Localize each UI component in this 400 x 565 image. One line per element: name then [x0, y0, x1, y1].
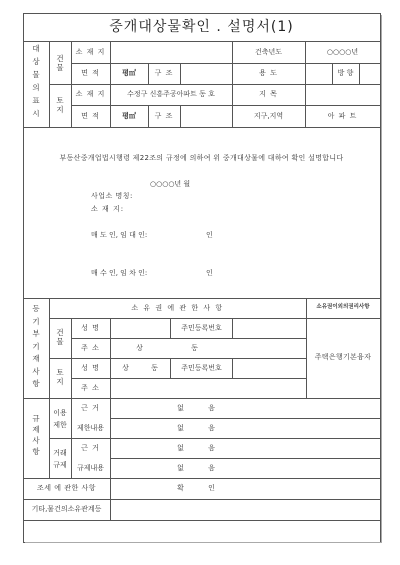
building-owner-name-label: 성 명 — [71, 325, 110, 332]
statement-text: 부동산중개업법시행령 제22조의 규정에 의하여 위 중개대상물에 대하여 확인… — [23, 155, 380, 162]
divider — [71, 105, 380, 106]
label-char: 항 — [23, 446, 49, 457]
label-char: 대 — [23, 44, 49, 53]
other-label: 기타,물건의소유관계등 — [23, 506, 110, 513]
land-area-label: 면 적 — [71, 113, 110, 120]
divider — [110, 418, 380, 419]
building-owner-address-label: 주 소 — [71, 345, 110, 352]
divider — [49, 84, 380, 85]
statement-date[interactable]: ○○○○년 월 — [150, 181, 230, 188]
use-basis-value-1[interactable]: 없 — [175, 405, 187, 412]
divider — [23, 298, 380, 299]
other-rights-value[interactable]: 주택은행기본융자 — [306, 354, 380, 361]
registry-section-label: 등 기 부 기 재 사 항 — [23, 303, 49, 391]
label-char: 토 — [49, 368, 71, 377]
label-char: 시 — [23, 109, 49, 118]
land-owner-address-label: 주 소 — [71, 385, 110, 392]
label-char: 표 — [23, 96, 49, 105]
divider — [110, 318, 111, 398]
divider — [23, 520, 380, 521]
document-title: 중개대상물확인 . 설명서(1) — [23, 13, 380, 41]
frame-shadow — [381, 15, 382, 543]
buyer-seal[interactable]: 인 — [206, 270, 214, 277]
divider — [110, 458, 380, 459]
registry-land-label: 토 지 — [49, 368, 71, 386]
divider — [49, 318, 306, 319]
label-char: 등 — [23, 303, 49, 316]
label-char: 상 — [23, 57, 49, 66]
label-char: 의 — [23, 83, 49, 92]
building-owner-address-value-2[interactable]: 동 — [185, 345, 205, 352]
direction-label: 방 향 — [332, 70, 359, 77]
label-char: 지 — [49, 105, 71, 114]
label-char: 부 — [23, 328, 49, 341]
divider — [71, 63, 380, 64]
use-content-value-2[interactable]: 음 — [206, 425, 218, 432]
seller-seal[interactable]: 인 — [206, 232, 214, 239]
construction-year-value[interactable]: ○○○○년 — [305, 49, 380, 56]
ownership-header: 소 유 권 에 관 한 사 항 — [49, 305, 306, 312]
building-owner-address-value-1[interactable]: 상 — [130, 345, 150, 352]
use-content-value-1[interactable]: 없 — [175, 425, 187, 432]
land-location-label: 소 재 지 — [71, 91, 110, 98]
label-char: 지 — [49, 377, 71, 386]
land-owner-name-label: 성 명 — [71, 365, 110, 372]
divider — [306, 298, 307, 398]
building-label: 건 물 — [49, 54, 71, 72]
label-char: 물 — [49, 63, 71, 72]
building-structure-label: 구 조 — [148, 70, 180, 77]
label-char: 건 — [49, 328, 71, 337]
zone-label: 지구,지역 — [232, 113, 305, 120]
land-owner-id-label: 주민등록번호 — [171, 365, 232, 372]
land-area-unit[interactable]: 평㎡ — [110, 113, 148, 120]
land-location-value[interactable]: 수정구 신흥주공아파트 동 호 — [111, 91, 231, 98]
land-structure-label: 구 조 — [148, 113, 180, 120]
buyer-label: 매 수 인, 임 차 인: — [91, 270, 147, 277]
divider — [180, 105, 181, 127]
divider — [232, 318, 233, 338]
use-basis-value-2[interactable]: 음 — [206, 405, 218, 412]
divider — [23, 127, 380, 128]
divider — [110, 478, 111, 520]
use-basis-label: 근 거 — [71, 405, 110, 412]
use-label: 용 도 — [232, 70, 305, 77]
label-char: 토 — [49, 96, 71, 105]
office-name-label: 사업소 명칭: — [91, 193, 133, 200]
trade-restriction-label: 거래 규제 — [49, 449, 71, 470]
property-section-label: 대 상 물 의 표 시 — [23, 44, 49, 118]
seller-label: 매 도 인, 임 대 인: — [91, 232, 147, 239]
divider — [306, 318, 380, 319]
divider — [71, 378, 306, 379]
label-line: 이용 — [49, 409, 71, 418]
divider — [23, 41, 380, 42]
land-label: 토 지 — [49, 96, 71, 114]
building-area-label: 면 적 — [71, 70, 110, 77]
divider — [110, 398, 111, 478]
tax-label: 조세 에 관한 사항 — [23, 485, 110, 492]
label-char: 건 — [49, 54, 71, 63]
zone-value[interactable]: 아 파 트 — [305, 113, 380, 120]
label-char: 사 — [23, 435, 49, 446]
building-location-label: 소 재 지 — [71, 49, 110, 56]
other-rights-header: 소유권이외의권리사항 — [306, 305, 380, 311]
label-line: 제한 — [49, 421, 71, 430]
divider — [23, 478, 380, 479]
land-category-label: 지 목 — [232, 91, 305, 98]
label-char: 기 — [23, 341, 49, 354]
use-restriction-label: 이용 제한 — [49, 409, 71, 430]
tax-value-1[interactable]: 확 — [175, 485, 187, 492]
divider — [23, 499, 380, 500]
label-line: 거래 — [49, 449, 71, 458]
registry-building-label: 건 물 — [49, 328, 71, 346]
label-char: 규 — [23, 413, 49, 424]
building-area-unit[interactable]: 평㎡ — [110, 70, 148, 77]
divider — [359, 63, 360, 84]
trade-basis-value-2[interactable]: 음 — [206, 445, 218, 452]
tax-value-2[interactable]: 인 — [206, 485, 218, 492]
divider — [49, 358, 306, 359]
label-char: 항 — [23, 378, 49, 391]
label-char: 기 — [23, 316, 49, 329]
trade-content-label: 규제내용 — [71, 465, 110, 472]
office-location-label: 소 재 지: — [91, 206, 124, 213]
label-char: 사 — [23, 366, 49, 379]
trade-content-value-2[interactable]: 음 — [206, 465, 218, 472]
label-char: 제 — [23, 424, 49, 435]
trade-basis-label: 근 거 — [71, 445, 110, 452]
land-owner-name-value-1[interactable]: 상 — [116, 365, 136, 372]
divider — [49, 438, 380, 439]
label-line: 규제 — [49, 461, 71, 470]
frame-shadow — [25, 542, 382, 543]
divider — [180, 63, 181, 84]
divider — [232, 358, 233, 378]
trade-content-value-1[interactable]: 없 — [175, 465, 187, 472]
construction-year-label: 건축년도 — [232, 49, 305, 56]
divider — [71, 338, 306, 339]
trade-basis-value-1[interactable]: 없 — [175, 445, 187, 452]
regulations-section-label: 규 제 사 항 — [23, 413, 49, 457]
building-owner-id-label: 주민등록번호 — [171, 325, 232, 332]
label-char: 물 — [23, 70, 49, 79]
label-char: 재 — [23, 353, 49, 366]
divider — [23, 398, 380, 399]
use-content-label: 제한내용 — [71, 425, 110, 432]
land-owner-name-value-2[interactable]: 동 — [145, 365, 165, 372]
label-char: 물 — [49, 337, 71, 346]
